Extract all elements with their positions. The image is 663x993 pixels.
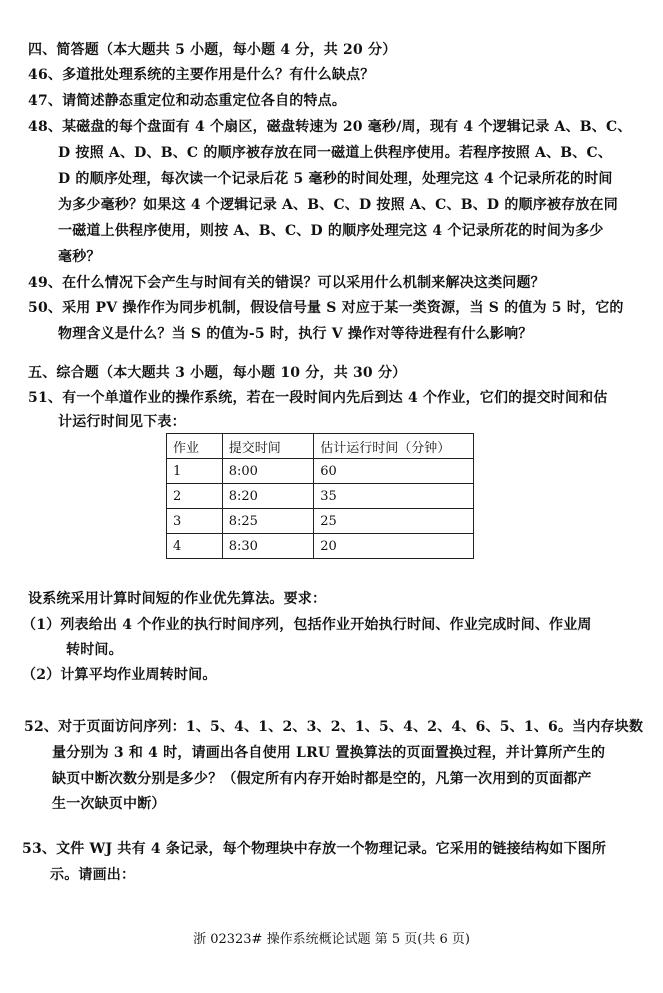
question-48-line-3: D 的顺序处理，每次读一个记录后花 5 毫秒的时间处理，处理完这 4 个记录所花… bbox=[58, 170, 613, 188]
question-47: 47、请简述静态重定位和动态重定位各自的特点。 bbox=[28, 92, 346, 110]
table-header-cell: 估计运行时间（分钟） bbox=[314, 434, 474, 459]
table-cell: 3 bbox=[167, 509, 223, 534]
question-53-line-2: 示。请画出： bbox=[50, 866, 135, 884]
table-row: 3 8:25 25 bbox=[167, 509, 474, 534]
jobs-table: 作业 提交时间 估计运行时间（分钟） 1 8:00 60 2 8:20 35 3… bbox=[166, 433, 474, 559]
question-52-line-3: 缺页中断次数分别是多少？（假定所有内存开始时都是空的，凡第一次用到的页面都产 bbox=[52, 770, 592, 788]
table-cell: 8:25 bbox=[222, 509, 314, 534]
question-46: 46、多道批处理系统的主要作用是什么？有什么缺点？ bbox=[28, 66, 374, 84]
table-cell: 60 bbox=[314, 459, 474, 484]
page-footer: 浙 02323# 操作系统概论试题 第 5 页(共 6 页) bbox=[0, 932, 663, 948]
table-cell: 20 bbox=[314, 534, 474, 559]
question-51-sub-1-line-2: 转时间。 bbox=[66, 641, 123, 659]
question-48-line-4: 为多少毫秒？如果这 4 个逻辑记录 A、B、C、D 按照 A、C、B、D 的顺序… bbox=[58, 196, 618, 214]
question-52-line-1: 52、对于页面访问序列：1、5、4、1、2、3、2、1、5、4、2、4、6、5、… bbox=[24, 718, 643, 736]
question-53-line-1: 53、文件 WJ 共有 4 条记录，每个物理块中存放一个物理记录。它采用的链接结… bbox=[22, 840, 606, 858]
question-51-line-2: 计运行时间见下表： bbox=[58, 413, 186, 431]
question-50-line-2: 物理含义是什么？当 S 的值为-5 时，执行 V 操作对等待进程有什么影响？ bbox=[58, 325, 533, 343]
question-52-line-2: 量分别为 3 和 4 时，请画出各自使用 LRU 置换算法的页面置换过程，并计算… bbox=[52, 744, 605, 762]
table-header-cell: 作业 bbox=[167, 434, 223, 459]
question-48-line-1: 48、某磁盘的每个盘面有 4 个扇区，磁盘转速为 20 毫秒/周，现有 4 个逻… bbox=[28, 118, 632, 136]
table-header-row: 作业 提交时间 估计运行时间（分钟） bbox=[167, 434, 474, 459]
table-cell: 25 bbox=[314, 509, 474, 534]
question-50-line-1: 50、采用 PV 操作作为同步机制，假设信号量 S 对应于某一类资源，当 S 的… bbox=[28, 299, 624, 317]
question-51-requirement: 设系统采用计算时间短的作业优先算法。要求： bbox=[28, 590, 326, 608]
question-51-sub-2: （2）计算平均作业周转时间。 bbox=[22, 666, 217, 684]
question-48-line-5: 一磁道上供程序使用，则按 A、B、C、D 的顺序处理完这 4 个记录所花的时间为… bbox=[58, 222, 604, 240]
question-51-sub-1-line-1: （1）列表给出 4 个作业的执行时间序列，包括作业开始执行时间、作业完成时间、作… bbox=[22, 616, 592, 634]
question-52-line-4: 生一次缺页中断） bbox=[52, 795, 166, 813]
table-cell: 2 bbox=[167, 484, 223, 509]
question-48-line-6: 毫秒？ bbox=[58, 248, 101, 266]
section-4-heading: 四、简答题（本大题共 5 小题，每小题 4 分，共 20 分） bbox=[28, 41, 396, 59]
question-49: 49、在什么情况下会产生与时间有关的错误？可以采用什么机制来解决这类问题？ bbox=[28, 274, 545, 292]
table-cell: 8:00 bbox=[222, 459, 314, 484]
table-cell: 4 bbox=[167, 534, 223, 559]
table-cell: 35 bbox=[314, 484, 474, 509]
table-cell: 8:30 bbox=[222, 534, 314, 559]
question-48-line-2: D 按照 A、D、B、C 的顺序被存放在同一磁道上供程序使用。若程序按照 A、B… bbox=[58, 144, 612, 162]
table-cell: 1 bbox=[167, 459, 223, 484]
question-51-line-1: 51、有一个单道作业的操作系统，若在一段时间内先后到达 4 个作业，它们的提交时… bbox=[28, 389, 608, 407]
table-header-cell: 提交时间 bbox=[222, 434, 314, 459]
table-cell: 8:20 bbox=[222, 484, 314, 509]
section-5-heading: 五、综合题（本大题共 3 小题，每小题 10 分，共 30 分） bbox=[28, 364, 406, 382]
table-row: 4 8:30 20 bbox=[167, 534, 474, 559]
table-row: 2 8:20 35 bbox=[167, 484, 474, 509]
table-row: 1 8:00 60 bbox=[167, 459, 474, 484]
